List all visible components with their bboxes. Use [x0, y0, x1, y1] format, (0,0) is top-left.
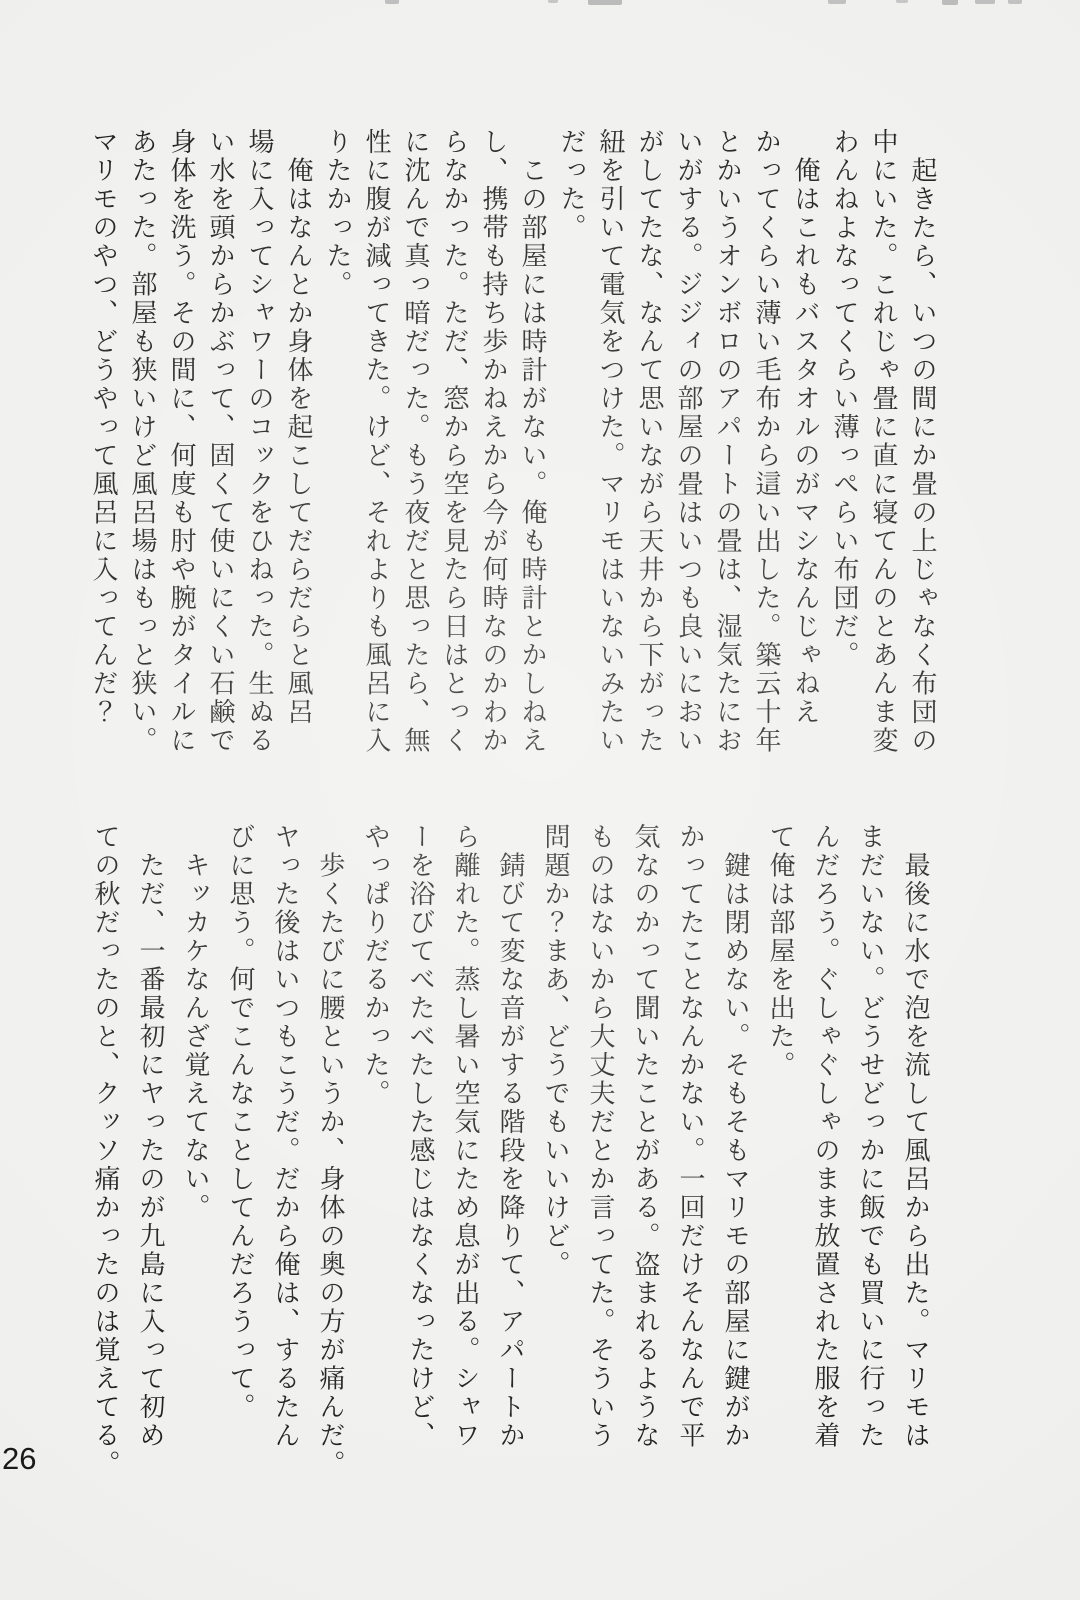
scan-artifact — [548, 0, 558, 3]
text-column: 問題か？まあ、どうでもいいけど。 — [533, 823, 578, 1463]
text-column: ヤった後はいつもこうだ。だから俺は、するたん — [263, 823, 308, 1463]
text-column: ただ、一番最初にヤったのが九島に入って初め — [128, 823, 173, 1463]
text-column: て俺は部屋を出た。 — [758, 823, 803, 1463]
text-column: んだろう。ぐしゃぐしゃのまま放置された服を着 — [803, 823, 848, 1463]
scanned-page: { "page": { "background_color": "#f0f0ee… — [0, 0, 1080, 1600]
scan-artifact — [385, 0, 399, 4]
text-column: 気なのかって聞いたことがある。盗まれるような — [623, 823, 668, 1463]
text-column: まだいない。どうせどっかに飯でも買いに行った — [848, 823, 893, 1463]
text-column: に沈んで真っ暗だった。もう夜だと思ったら、無 — [396, 128, 435, 768]
text-column: わんねよなってくらい薄っぺらい布団だ。 — [825, 128, 864, 768]
scan-artifact — [975, 0, 995, 4]
text-column: りたかった。 — [318, 128, 357, 768]
text-column: だった。 — [552, 128, 591, 768]
text-column: あたった。部屋も狭いけど風呂場はもっと狭い。 — [123, 128, 162, 768]
scan-artifact — [588, 0, 622, 5]
text-column: ーを浴びてべたべたした感じはなくなったけど、 — [398, 823, 443, 1463]
text-block-top: 起きたら、いつの間にか畳の上じゃなく布団の中にいた。これじゃ畳に直に寝てんのとあ… — [84, 128, 942, 768]
text-column: やっぱりだるかった。 — [353, 823, 398, 1463]
text-column: かってたことなんかない。一回だけそんなんで平 — [668, 823, 713, 1463]
text-column: かってくらい薄い毛布から這い出した。築云十年 — [747, 128, 786, 768]
text-column: がしてたな、なんて思いながら天井から下がった — [630, 128, 669, 768]
text-column: とかいうオンボロのアパートの畳は、湿気たにお — [708, 128, 747, 768]
text-column: らなかった。ただ、窓から空を見たら日はとっく — [435, 128, 474, 768]
text-column: 錆びて変な音がする階段を降りて、アパートか — [488, 823, 533, 1463]
page-number: 26 — [2, 1441, 36, 1477]
scan-artifact — [896, 0, 908, 3]
text-column: 紐を引いて電気をつけた。マリモはいないみたい — [591, 128, 630, 768]
scan-artifact — [828, 0, 846, 4]
scan-artifact — [942, 0, 958, 5]
text-column: 歩くたびに腰というか、身体の奥の方が痛んだ。 — [308, 823, 353, 1463]
text-column: 俺はこれもバスタオルのがマシなんじゃねえ — [786, 128, 825, 768]
text-column: ら離れた。蒸し暑い空気にため息が出る。シャワ — [443, 823, 488, 1463]
scan-artifact — [1008, 0, 1022, 4]
text-column: 最後に水で泡を流して風呂から出た。マリモは — [893, 823, 938, 1463]
text-column: い水を頭からかぶって、固くて使いにくい石鹸で — [201, 128, 240, 768]
text-column: 鍵は閉めない。そもそもマリモの部屋に鍵がか — [713, 823, 758, 1463]
text-column: いがする。ジジィの部屋の畳はいつも良いにおい — [669, 128, 708, 768]
text-column: びに思う。何でこんなことしてんだろうって。 — [218, 823, 263, 1463]
text-column: 身体を洗う。その間に、何度も肘や腕がタイルに — [162, 128, 201, 768]
text-column: マリモのやつ、どうやって風呂に入ってんだ？ — [84, 128, 123, 768]
text-column: ものはないから大丈夫だとか言ってた。そういう — [578, 823, 623, 1463]
text-column: 場に入ってシャワーのコックをひねった。生ぬる — [240, 128, 279, 768]
text-column: 中にいた。これじゃ畳に直に寝てんのとあんま変 — [864, 128, 903, 768]
text-block-bottom: 最後に水で泡を流して風呂から出た。マリモはまだいない。どうせどっかに飯でも買いに… — [83, 823, 938, 1463]
text-column: キッカケなんざ覚えてない。 — [173, 823, 218, 1463]
text-column: この部屋には時計がない。俺も時計とかしねえ — [513, 128, 552, 768]
text-column: 性に腹が減ってきた。けど、それよりも風呂に入 — [357, 128, 396, 768]
text-column: 起きたら、いつの間にか畳の上じゃなく布団の — [903, 128, 942, 768]
text-column: ての秋だったのと、クッソ痛かったのは覚えてる。 — [83, 823, 128, 1463]
text-column: 俺はなんとか身体を起こしてだらだらと風呂 — [279, 128, 318, 768]
text-column: し、携帯も持ち歩かねえから今が何時なのかわか — [474, 128, 513, 768]
